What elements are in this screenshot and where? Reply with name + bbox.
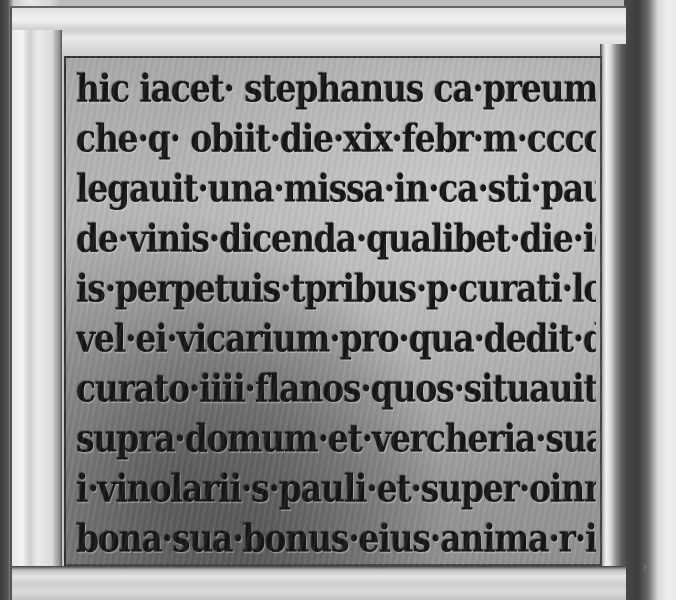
frame-right-molding xyxy=(600,44,626,584)
corner-mark: H xyxy=(643,563,651,574)
inscription-text: hic iacet· stephanus ca·preum·at·bla che… xyxy=(76,64,596,564)
inscription-line-10: bona·sua·bonus·eius·anima·r·ip xyxy=(76,510,596,566)
inscription-photograph: hic iacet· stephanus ca·preum·at·bla che… xyxy=(0,0,676,600)
inscription-panel: hic iacet· stephanus ca·preum·at·bla che… xyxy=(64,56,602,566)
inscription-line-6: vel·ei·vicarium·pro·qua·dedit·dto xyxy=(76,310,596,368)
inscription-line-5: is·perpetuis·tpribus·p·curati·loci xyxy=(76,260,596,318)
inscription-line-1: hic iacet· stephanus ca·preum·at·bla xyxy=(76,60,596,118)
inscription-line-8: supra·domum·et·vercheria·sua·sitis· xyxy=(76,410,596,468)
inscription-line-9: i·vinolarii·s·pauli·et·super·oinn· xyxy=(76,460,596,518)
wall-right-edge xyxy=(624,0,676,600)
inscription-line-7: curato·iiii·flanos·quos·situauit· xyxy=(76,360,596,418)
inscription-line-2: che·q· obiit·die·xix·febr·m·cccc·xvi xyxy=(76,110,596,168)
frame-bottom-molding xyxy=(12,566,626,600)
frame-left-molding xyxy=(12,30,62,600)
inscription-line-3: legauit·una·missa·in·ca·sti·pauli xyxy=(76,160,596,218)
inscription-line-4: de·vinis·dicenda·qualibet·die·iou xyxy=(76,210,596,268)
